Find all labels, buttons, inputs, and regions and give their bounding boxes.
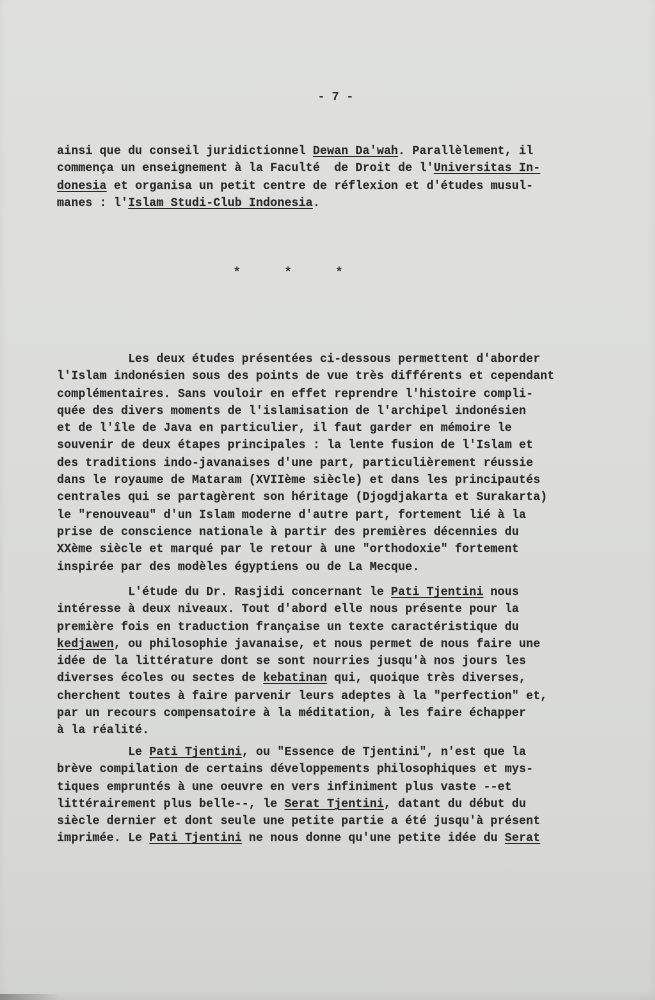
text-segment: ne nous donne qu'une petite idée du <box>242 832 505 845</box>
text-segment: littérairement plus belle--, le <box>57 798 284 811</box>
text-segment: qui, quoique très diverses, <box>327 672 526 685</box>
text-line: le "renouveau" d'un Islam moderne d'autr… <box>57 507 597 524</box>
text-segment: manes : l' <box>57 197 128 210</box>
text-segment: ainsi que du conseil juridictionnel <box>57 145 313 158</box>
text-line: commença un enseignement à la Faculté de… <box>57 160 597 177</box>
text-segment: l'Islam indonésien sous des points de vu… <box>57 370 555 383</box>
section-separator: * * * <box>233 265 343 280</box>
text-line: inspirée par des modèles égyptiens ou de… <box>57 559 597 576</box>
text-line: Les deux études présentées ci-dessous pe… <box>57 351 597 368</box>
text-segment: Les deux études présentées ci-dessous pe… <box>57 353 540 366</box>
text-line: tiques empruntés à une oeuvre en vers in… <box>57 779 597 796</box>
text-line: à la réalité. <box>57 722 597 739</box>
text-line: souvenir de deux étapes principales : la… <box>57 437 597 454</box>
text-line: et de l'île de Java en particulier, il f… <box>57 420 597 437</box>
text-line: ainsi que du conseil juridictionnel Dewa… <box>57 143 597 160</box>
text-line: donesia et organisa un petit centre de r… <box>57 178 597 195</box>
underlined-term: Islam Studi-Club Indonesia <box>128 197 313 210</box>
underlined-term: Serat Tjentini <box>284 798 384 811</box>
text-segment: Le <box>57 746 149 759</box>
text-segment: tiques empruntés à une oeuvre en vers in… <box>57 781 512 794</box>
text-segment: diverses écoles ou sectes de <box>57 672 263 685</box>
text-segment: XXème siècle et marqué par le retour à u… <box>57 543 519 556</box>
underlined-term: donesia <box>57 180 107 193</box>
text-line: dans le royaume de Mataram (XVIIème sièc… <box>57 472 597 489</box>
text-line: première fois en traduction française un… <box>57 619 597 636</box>
text-segment: . <box>313 197 320 210</box>
separator-asterisk: * <box>233 265 241 280</box>
text-segment: et organisa un petit centre de réflexion… <box>107 180 533 193</box>
text-line: diverses écoles ou sectes de kebatinan q… <box>57 670 597 687</box>
text-segment: première fois en traduction française un… <box>57 621 519 634</box>
text-line: cherchent toutes à faire parvenir leurs … <box>57 688 597 705</box>
text-line: Le Pati Tjentini, ou "Essence de Tjentin… <box>57 744 597 761</box>
text-line: XXème siècle et marqué par le retour à u… <box>57 541 597 558</box>
text-segment: , ou philosophie javanaise, et nous perm… <box>114 638 540 651</box>
underlined-term: Dewan Da'wah <box>313 145 398 158</box>
paragraph-intro: ainsi que du conseil juridictionnel Dewa… <box>57 143 597 212</box>
text-segment: cherchent toutes à faire parvenir leurs … <box>57 690 547 703</box>
text-line: par un recours compensatoire à la médita… <box>57 705 597 722</box>
text-segment: inspirée par des modèles égyptiens ou de… <box>57 561 419 574</box>
text-segment: idée de la littérature dont se sont nour… <box>57 655 526 668</box>
text-line: imprimée. Le Pati Tjentini ne nous donne… <box>57 830 597 847</box>
text-segment: quée des divers moments de l'islamisatio… <box>57 405 526 418</box>
text-segment: nous <box>483 586 519 599</box>
underlined-term: Universitas In- <box>434 162 541 175</box>
text-line: quée des divers moments de l'islamisatio… <box>57 403 597 420</box>
text-segment: complémentaires. Sans vouloir en effet r… <box>57 388 533 401</box>
text-line: centrales qui se partagèrent son héritag… <box>57 489 597 506</box>
text-line: idée de la littérature dont se sont nour… <box>57 653 597 670</box>
text-segment: à la réalité. <box>57 724 149 737</box>
text-line: brève compilation de certains développem… <box>57 761 597 778</box>
page-edge-shadow <box>0 994 60 1000</box>
text-line: littérairement plus belle--, le Serat Tj… <box>57 796 597 813</box>
text-segment: souvenir de deux étapes principales : la… <box>57 439 533 452</box>
text-line: kedjawen, ou philosophie javanaise, et n… <box>57 636 597 653</box>
text-line: L'étude du Dr. Rasjidi concernant le Pat… <box>57 584 597 601</box>
text-segment: prise de conscience nationale à partir d… <box>57 526 519 539</box>
underlined-term: Pati Tjentini <box>149 746 241 759</box>
text-segment: commença un enseignement à la Faculté de… <box>57 162 434 175</box>
text-line: l'Islam indonésien sous des points de vu… <box>57 368 597 385</box>
text-segment: centrales qui se partagèrent son héritag… <box>57 491 547 504</box>
text-line: siècle dernier et dont seule une petite … <box>57 813 597 830</box>
text-segment: L'étude du Dr. Rasjidi concernant le <box>57 586 391 599</box>
text-segment: des traditions indo-javanaises d'une par… <box>57 457 533 470</box>
text-segment: brève compilation de certains développem… <box>57 763 533 776</box>
underlined-term: Pati Tjentini <box>391 586 483 599</box>
text-segment: le "renouveau" d'un Islam moderne d'autr… <box>57 509 526 522</box>
text-segment: siècle dernier et dont seule une petite … <box>57 815 540 828</box>
underlined-term: Pati Tjentini <box>149 832 241 845</box>
page-number: - 7 - <box>0 90 655 104</box>
text-segment: , ou "Essence de Tjentini", n'est que la <box>242 746 526 759</box>
text-line: des traditions indo-javanaises d'une par… <box>57 455 597 472</box>
text-segment: intéresse à deux niveaux. Tout d'abord e… <box>57 603 519 616</box>
paragraph-pati-tjentini: Le Pati Tjentini, ou "Essence de Tjentin… <box>57 744 597 848</box>
underlined-term: kebatinan <box>263 672 327 685</box>
document-page: - 7 - ainsi que du conseil juridictionne… <box>0 0 655 1000</box>
text-line: prise de conscience nationale à partir d… <box>57 524 597 541</box>
text-segment: par un recours compensatoire à la médita… <box>57 707 526 720</box>
text-segment: imprimée. Le <box>57 832 149 845</box>
paragraph-two-studies: Les deux études présentées ci-dessous pe… <box>57 351 597 576</box>
text-line: intéresse à deux niveaux. Tout d'abord e… <box>57 601 597 618</box>
text-segment: dans le royaume de Mataram (XVIIème sièc… <box>57 474 540 487</box>
text-segment: et de l'île de Java en particulier, il f… <box>57 422 512 435</box>
text-segment: . Parallèlement, il <box>398 145 533 158</box>
separator-asterisk: * <box>284 265 292 280</box>
paragraph-rasjidi-study: L'étude du Dr. Rasjidi concernant le Pat… <box>57 584 597 740</box>
separator-asterisk: * <box>335 265 343 280</box>
text-line: manes : l'Islam Studi-Club Indonesia. <box>57 195 597 212</box>
text-segment: , datant du début du <box>384 798 526 811</box>
underlined-term: kedjawen <box>57 638 114 651</box>
underlined-term: Serat <box>505 832 541 845</box>
text-line: complémentaires. Sans vouloir en effet r… <box>57 386 597 403</box>
